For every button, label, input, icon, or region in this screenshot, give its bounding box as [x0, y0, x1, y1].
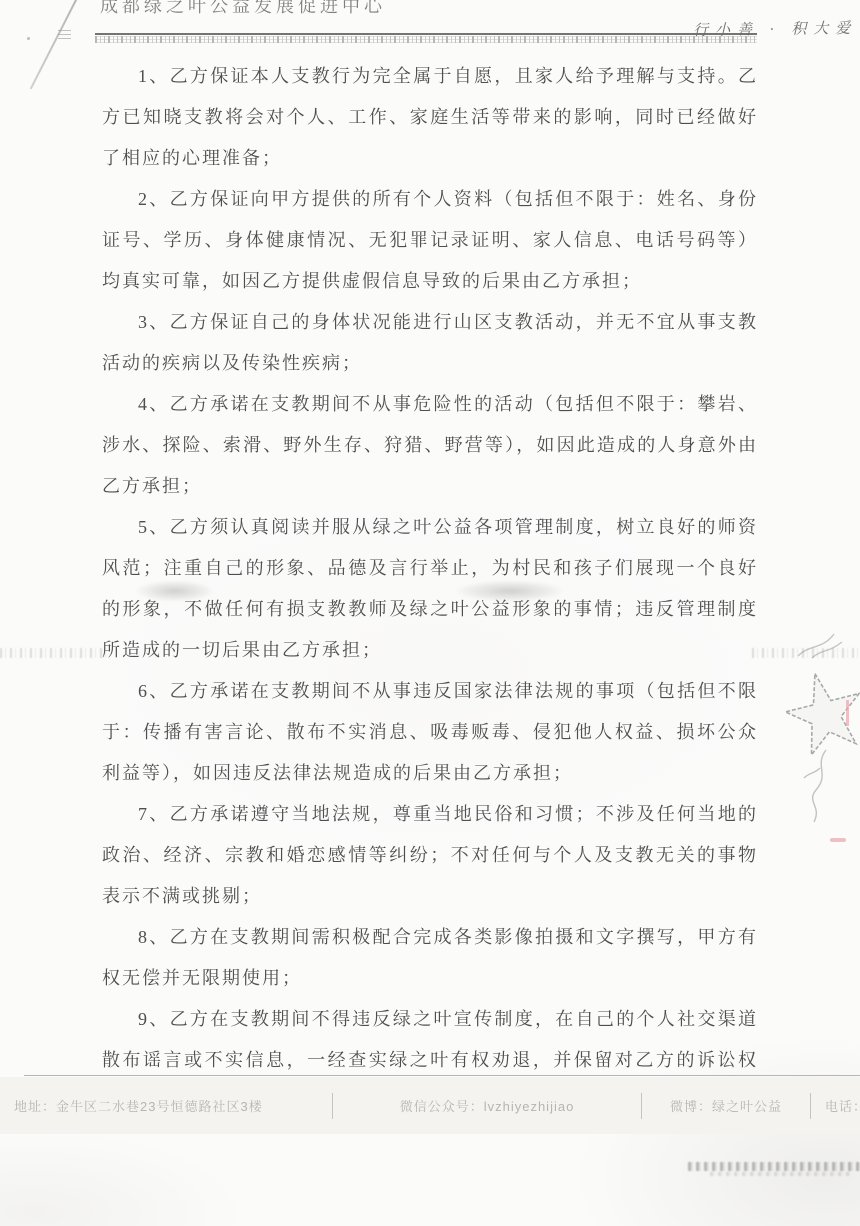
- footer-contact-bar: 地址：金牛区二水巷23号恒德路社区3楼 微信公众号：lvzhiyezhijiao…: [0, 1077, 860, 1134]
- bleed-through-text: [688, 1162, 860, 1171]
- clause-4: 4、乙方承诺在支教期间不从事危险性的活动（包括但不限于：攀岩、涉水、探险、索滑、…: [102, 384, 758, 507]
- pink-ink-mark: [846, 700, 849, 726]
- clause-3: 3、乙方保证自己的身体状况能进行山区支教活动，并无不宜从事支教活动的疾病以及传染…: [102, 302, 758, 384]
- crease-mark: [30, 0, 78, 89]
- clause-2: 2、乙方保证向甲方提供的所有个人资料（包括但不限于：姓名、身份证号、学历、身体健…: [102, 179, 758, 302]
- smudge-mark: [58, 30, 71, 39]
- pencil-smudge: [135, 580, 215, 602]
- clause-6: 6、乙方承诺在支教期间不从事违反国家法律法规的事项（包括但不限于：传播有害言论、…: [102, 671, 758, 794]
- scanned-agreement-page: 成都绿之叶公益发展促进中心 行小善 · 积大爱 1、乙方保证本人支教行为完全属于…: [0, 0, 860, 1226]
- footer-divider: [24, 1075, 860, 1076]
- clause-7: 7、乙方承诺遵守当地法规，尊重当地民俗和习惯；不涉及任何当地的政治、经济、宗教和…: [102, 794, 758, 917]
- footer-weibo: 微博：绿之叶公益: [642, 1096, 810, 1115]
- bleed-through-text: [710, 1172, 850, 1176]
- clause-1: 1、乙方保证本人支教行为完全属于自愿，且家人给予理解与支持。乙方已知晓支教将会对…: [102, 56, 758, 179]
- scribble-icon: [792, 622, 852, 664]
- scribble-icon: [796, 748, 848, 840]
- footer-wechat: 微信公众号：lvzhiyezhijiao: [333, 1096, 641, 1115]
- footer-phone: 电话：028-8500761: [811, 1096, 860, 1115]
- clause-8: 8、乙方在支教期间需积极配合完成各类影像拍摄和文字撰写，甲方有权无偿并无限期使用…: [102, 917, 758, 999]
- pink-ink-mark: [830, 838, 846, 842]
- scan-noise-left: [0, 648, 108, 658]
- org-slogan: 行小善 · 积大爱: [693, 17, 853, 40]
- pencil-smudge: [455, 580, 565, 602]
- footer-address: 地址：金牛区二水巷23号恒德路社区3楼: [0, 1096, 332, 1115]
- letterhead-divider: [95, 33, 757, 44]
- ink-speck: [27, 37, 30, 40]
- org-title: 成都绿之叶公益发展促进中心: [100, 0, 520, 17]
